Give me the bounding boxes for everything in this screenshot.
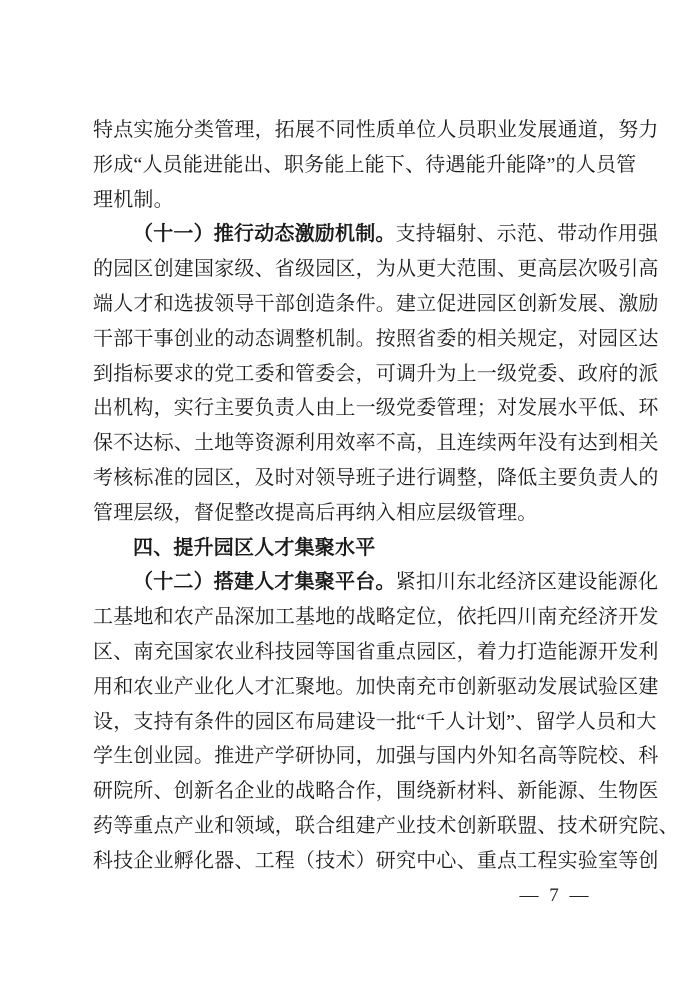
page-number: — 7 — [520, 884, 591, 908]
body-text: 特点实施分类管理，拓展不同性质单位人员职业发展通道，努力 [93, 119, 659, 141]
body-line: 设，支持有条件的园区布局建设一批“千人计划”、留学人员和大 [93, 705, 633, 740]
bold-lead-text: （十二）搭建人才集聚平台。 [133, 571, 396, 593]
section-heading: 四、提升园区人才集聚水平 [93, 531, 633, 566]
body-text: 学生创业园。推进产学研协同，加强与国内外知名高等院校、科 [93, 745, 659, 767]
body-line: 干部干事创业的动态调整机制。按照省委的相关规定，对园区达 [93, 322, 633, 357]
body-line: 用和农业产业化人才汇聚地。加快南充市创新驱动发展试验区建 [93, 670, 633, 705]
body-line: 考核标准的园区，及时对领导班子进行调整，降低主要负责人的 [93, 461, 633, 496]
body-line: 研院所、创新名企业的战略合作，围绕新材料、新能源、生物医 [93, 774, 633, 809]
body-text: 支持辐射、示范、带动作用强 [396, 223, 659, 245]
body-line: 工基地和农产品深加工基地的战略定位，依托四川南充经济开发 [93, 600, 633, 635]
body-text: 研院所、创新名企业的战略合作，围绕新材料、新能源、生物医 [93, 780, 659, 802]
body-line: 的园区创建国家级、省级园区，为从更大范围、更高层次吸引高 [93, 252, 633, 287]
body-text: 到指标要求的党工委和管委会，可调升为上一级党委、政府的派 [93, 363, 659, 385]
body-line: 特点实施分类管理，拓展不同性质单位人员职业发展通道，努力 [93, 113, 633, 148]
body-line: 区、南充国家农业科技园等国省重点园区，着力打造能源开发利 [93, 635, 633, 670]
body-line: 出机构，实行主要负责人由上一级党委管理；对发展水平低、环 [93, 391, 633, 426]
body-text: 保不达标、土地等资源利用效率不高，且连续两年没有达到相关 [93, 432, 659, 454]
body-text: 科技企业孵化器、工程（技术）研究中心、重点工程实验室等创 [93, 850, 659, 872]
document-page: 特点实施分类管理，拓展不同性质单位人员职业发展通道，努力形成“人员能进能出、职务… [0, 0, 700, 990]
body-text: 理机制。 [93, 189, 174, 211]
body-line: 保不达标、土地等资源利用效率不高，且连续两年没有达到相关 [93, 426, 633, 461]
body-line: 学生创业园。推进产学研协同，加强与国内外知名高等院校、科 [93, 739, 633, 774]
body-text: 用和农业产业化人才汇聚地。加快南充市创新驱动发展试验区建 [93, 676, 659, 698]
body-text: 干部干事创业的动态调整机制。按照省委的相关规定，对园区达 [93, 328, 659, 350]
body-line: （十二）搭建人才集聚平台。紧扣川东北经济区建设能源化 [93, 565, 633, 600]
body-text: 工基地和农产品深加工基地的战略定位，依托四川南充经济开发 [93, 606, 659, 628]
body-line: 到指标要求的党工委和管委会，可调升为上一级党委、政府的派 [93, 357, 633, 392]
body-line: 端人才和选拔领导干部创造条件。建立促进园区创新发展、激励 [93, 287, 633, 322]
body-text: 区、南充国家农业科技园等国省重点园区，着力打造能源开发利 [93, 641, 659, 663]
body-line: 科技企业孵化器、工程（技术）研究中心、重点工程实验室等创 [93, 844, 633, 879]
body-text: 形成“人员能进能出、职务能上能下、待遇能升能降”的人员管 [93, 154, 636, 176]
body-line: （十一）推行动态激励机制。支持辐射、示范、带动作用强 [93, 217, 633, 252]
bold-lead-text: （十一）推行动态激励机制。 [133, 223, 396, 245]
body-text: 设，支持有条件的园区布局建设一批“千人计划”、留学人员和大 [93, 711, 657, 733]
body-line: 形成“人员能进能出、职务能上能下、待遇能升能降”的人员管 [93, 148, 633, 183]
body-text: 端人才和选拔领导干部创造条件。建立促进园区创新发展、激励 [93, 293, 659, 315]
body-line: 理机制。 [93, 183, 633, 218]
body-text: 药等重点产业和领域，联合组建产业技术创新联盟、技术研究院、 [93, 815, 679, 837]
body-text: 出机构，实行主要负责人由上一级党委管理；对发展水平低、环 [93, 397, 659, 419]
body-text: 管理层级，督促整改提高后再纳入相应层级管理。 [93, 502, 537, 524]
body-line: 管理层级，督促整改提高后再纳入相应层级管理。 [93, 496, 633, 531]
bold-lead-text: 四、提升园区人才集聚水平 [133, 537, 375, 559]
body-text: 考核标准的园区，及时对领导班子进行调整，降低主要负责人的 [93, 467, 659, 489]
body-text: 紧扣川东北经济区建设能源化 [396, 571, 659, 593]
body-line: 药等重点产业和领域，联合组建产业技术创新联盟、技术研究院、 [93, 809, 633, 844]
text-block: 特点实施分类管理，拓展不同性质单位人员职业发展通道，努力形成“人员能进能出、职务… [93, 113, 633, 879]
body-text: 的园区创建国家级、省级园区，为从更大范围、更高层次吸引高 [93, 258, 659, 280]
